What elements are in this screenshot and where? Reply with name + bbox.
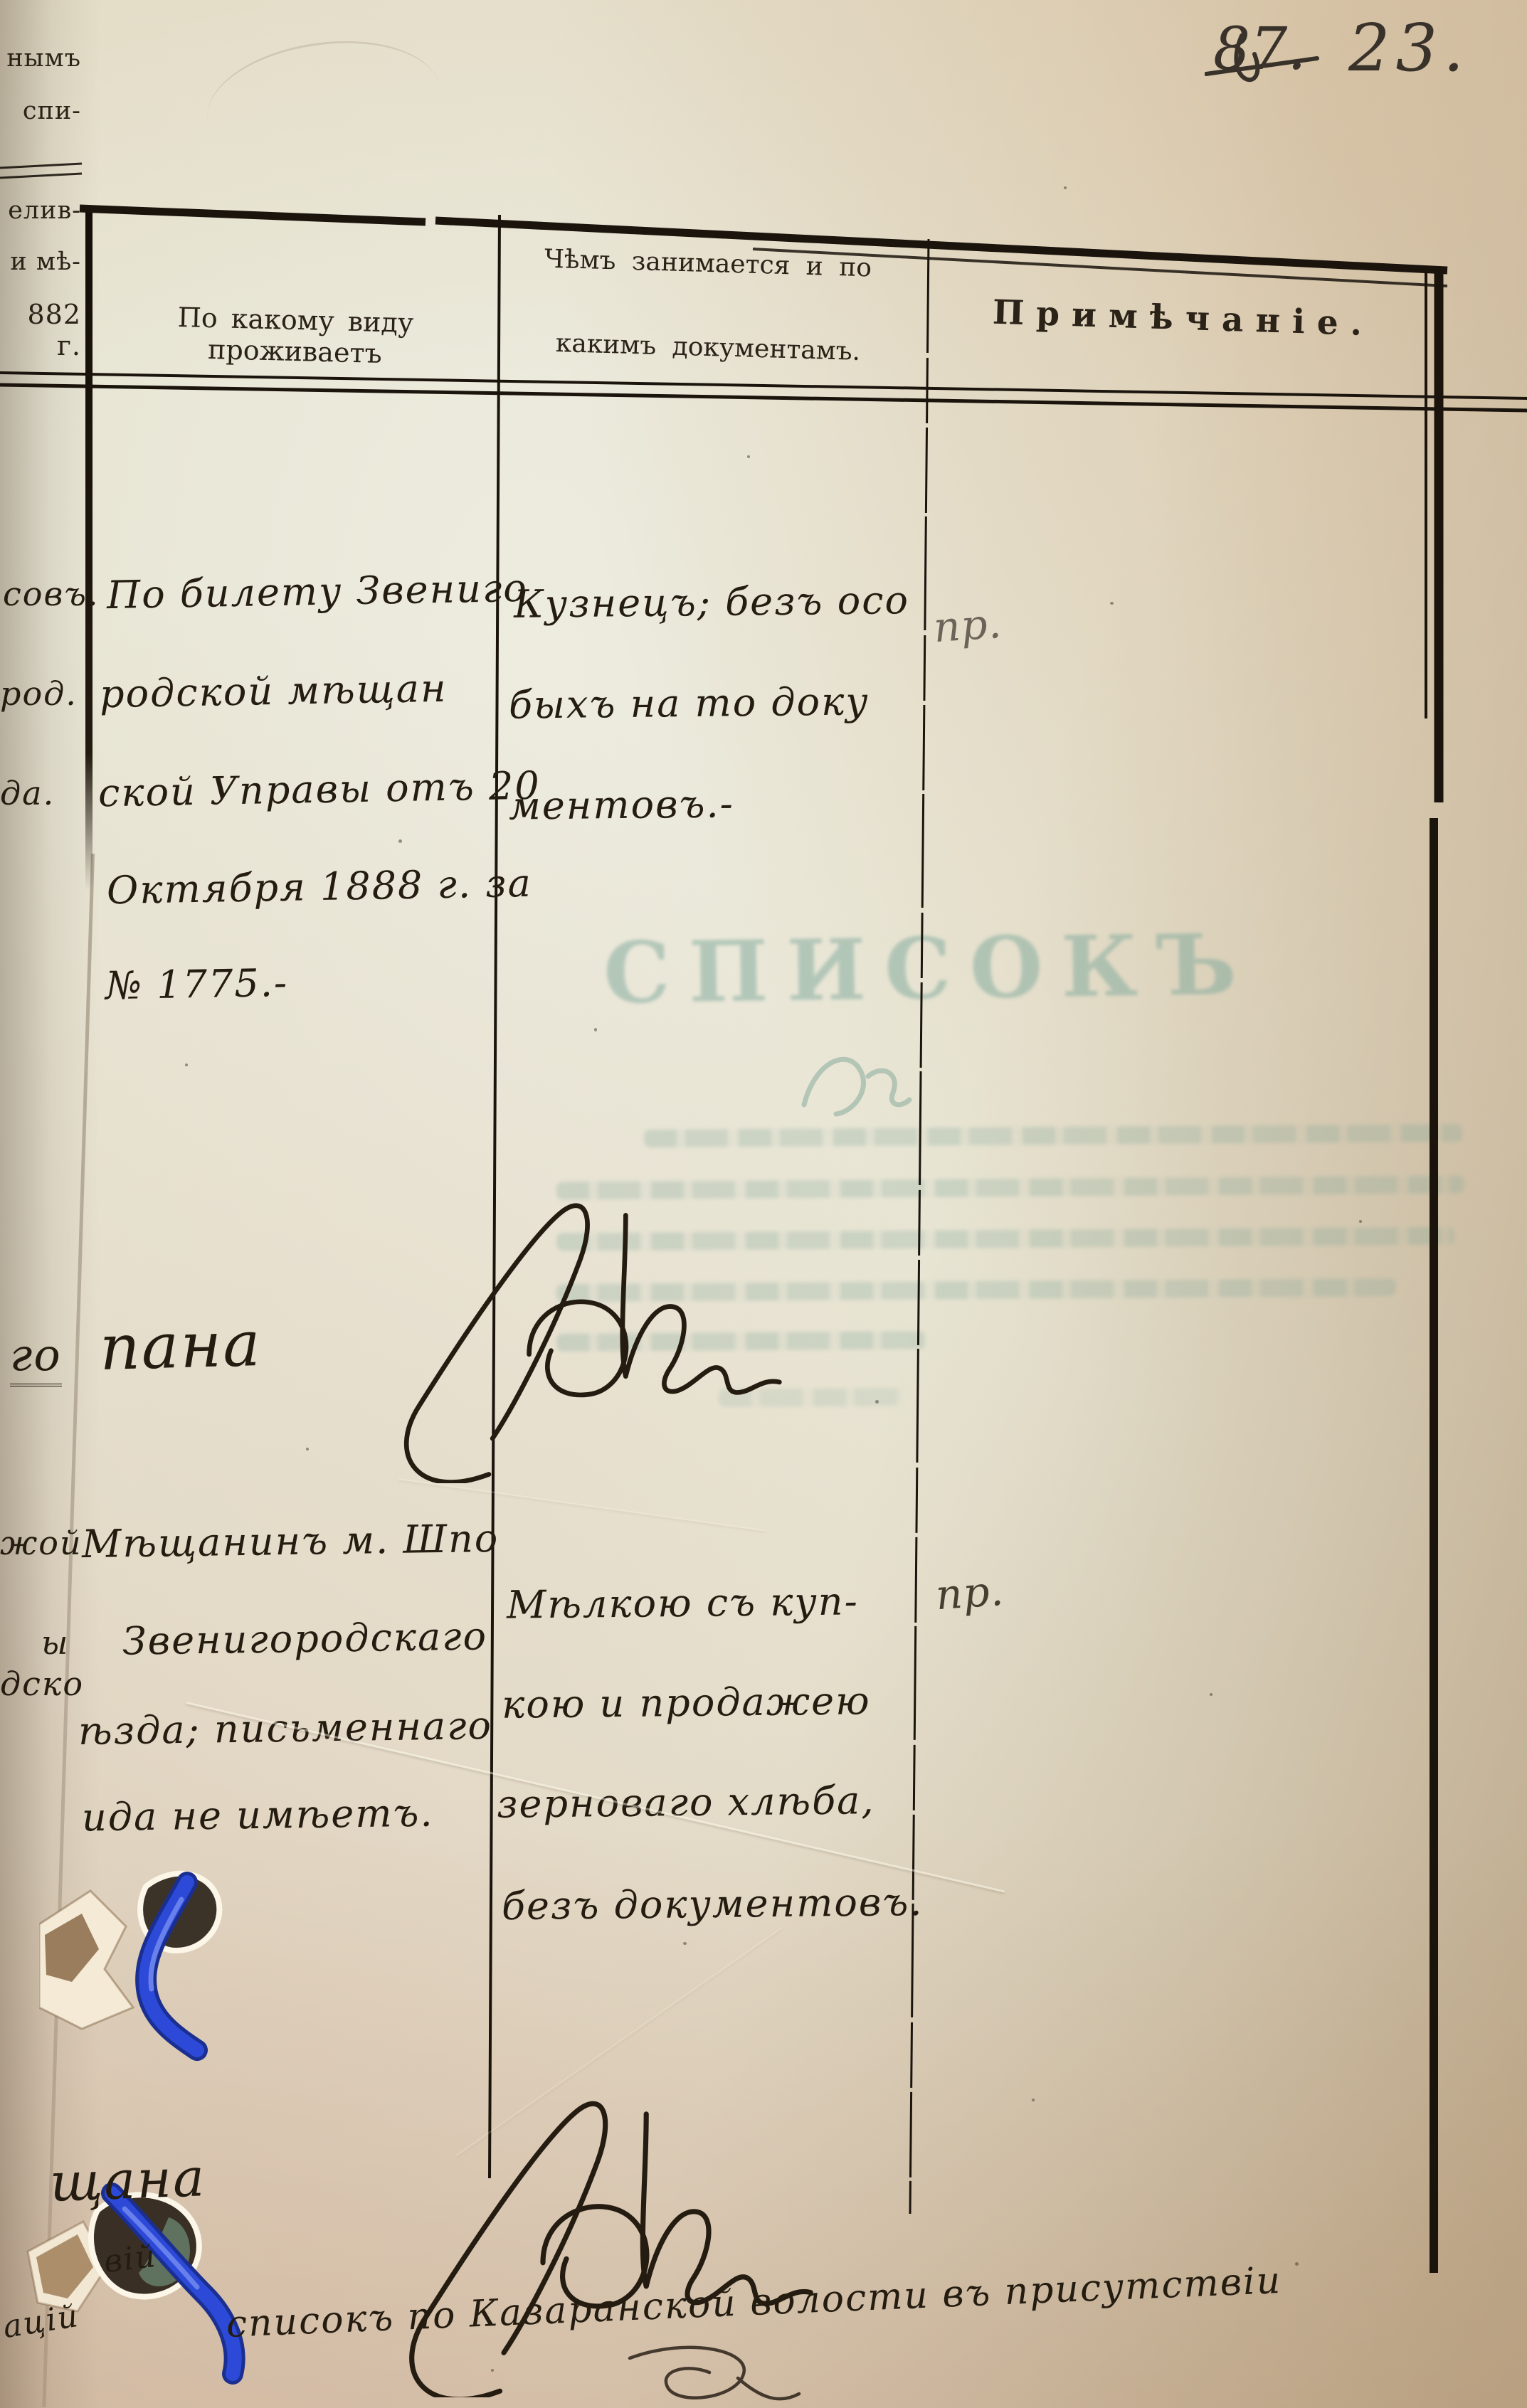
margin-strip-line xyxy=(0,164,82,178)
entry-occupation-line: Кузнецъ; безъ осо xyxy=(514,578,910,627)
binding-hole xyxy=(39,1842,274,2063)
entry-permit-line: Мѣщанинъ м. Шпо xyxy=(82,1516,500,1566)
margin-fragment: нымъ xyxy=(0,44,81,73)
entry-permit-line: ской Управы отъ 20 xyxy=(97,763,541,816)
margin-fragment: елив- xyxy=(0,196,81,225)
header-bottom-line xyxy=(0,385,1527,410)
entry-occupation-line: зерноваго хлѣба, xyxy=(497,1778,875,1827)
margin-fragment: 882 г. xyxy=(0,299,81,361)
entry-margin-fragment: дско xyxy=(0,1665,84,1703)
entry-permit-line: Октября 1888 г. за xyxy=(106,861,532,913)
note-mark-pencil: пр. xyxy=(934,1566,1005,1620)
footer-fragment-upper: вій xyxy=(102,2238,159,2281)
entry-margin-fragment: ы xyxy=(41,1623,69,1662)
entry-occupation-line: кою и продажею xyxy=(502,1678,871,1727)
margin-fragment: спи- xyxy=(0,97,81,125)
entry-permit-line: ѣзда; письменнаго xyxy=(78,1703,493,1754)
note-mark-pencil: пр. xyxy=(932,599,1003,652)
signature-word: щана xyxy=(49,2147,207,2214)
entry-permit-line: ида не имѣетъ. xyxy=(82,1791,434,1840)
entry-permit-line: По билету Звениго xyxy=(106,566,528,617)
entry-margin-fragment: совъ. xyxy=(3,575,100,613)
entry-permit-line: родской мѣщан xyxy=(99,666,448,717)
header-bottom-line xyxy=(0,373,1527,398)
entry-permit-line: Звенигородскаго xyxy=(122,1613,488,1663)
signature-word: пана xyxy=(99,1307,263,1384)
entry-margin-fragment: род. xyxy=(0,674,78,713)
signature-lead-fragment: го xyxy=(10,1329,62,1381)
folio-number: 87. 23. xyxy=(1213,10,1484,102)
folio-current: 23. xyxy=(1348,10,1469,86)
entry-occupation-line: ментовъ.- xyxy=(509,781,735,828)
entry-margin-fragment: жой xyxy=(0,1524,83,1562)
signature-flourish xyxy=(310,1184,822,1483)
entry-permit-line: № 1775.- xyxy=(105,960,288,1008)
folio-strike xyxy=(1205,30,1340,94)
entry-occupation-line: Мѣлкою съ куп- xyxy=(507,1579,859,1627)
margin-fragment: и мѣ- xyxy=(0,248,81,276)
entry-occupation-line: быхъ на то доку xyxy=(509,679,870,727)
entry-occupation-line: безъ документовъ. xyxy=(502,1879,924,1929)
footer-flourish xyxy=(608,2337,822,2408)
entry-margin-fragment: да. xyxy=(0,774,55,812)
header-col-residence: По какому виду проживаетъ xyxy=(99,299,492,371)
signature-lead-text: го xyxy=(10,1329,62,1386)
archival-document-page: СПИСОКЪ 87. 23. нымъ спи- елив- и xyxy=(0,0,1527,2408)
